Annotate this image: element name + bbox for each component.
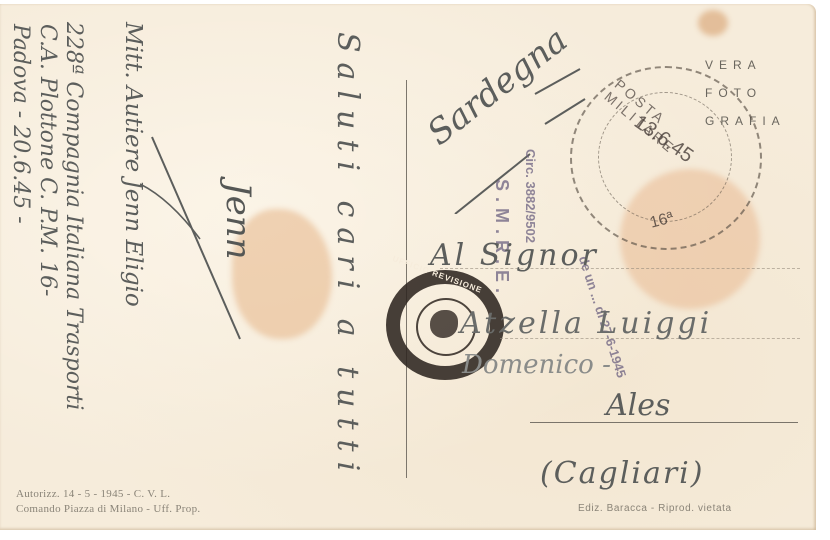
message-text: Saluti cari a tutti: [330, 32, 365, 481]
sender-line-4: Padova - 20.6.45 -: [8, 24, 33, 224]
authorization-line-1: Autorizz. 14 - 5 - 1945 - C. V. L.: [16, 488, 170, 500]
region-underline: [440, 64, 590, 214]
address-line-3: Domenico -: [462, 350, 611, 380]
center-divider: [406, 80, 407, 478]
address-line-1: Al Signor: [430, 238, 599, 273]
authorization-line-2: Comando Piazza di Milano - Uff. Prop.: [16, 503, 200, 515]
address-line-5: (Cagliari): [540, 456, 704, 491]
photo-label-1: VERA: [705, 58, 762, 72]
signature-flourish: [140, 129, 250, 349]
military-postmark: 13.6.45 16ª POSTA MILITARE: [570, 66, 762, 250]
address-line-4: Ales: [606, 388, 670, 423]
publisher-line: Ediz. Baracca - Riprod. vietata: [578, 503, 732, 514]
sender-line-3: C.A. Plottone C. P.M. 16-: [35, 24, 60, 296]
round-stamp-emblem-icon: [430, 310, 458, 338]
postcard: Padova - 20.6.45 - C.A. Plottone C. P.M.…: [0, 4, 816, 530]
address-line-2: Atzella Luiggi: [460, 306, 712, 341]
censor-line-1: Circ. 3882/9502: [523, 149, 538, 243]
stain-top: [698, 10, 728, 36]
sender-line-2: 228ª Compagnia Italiana Trasporti: [61, 22, 86, 410]
